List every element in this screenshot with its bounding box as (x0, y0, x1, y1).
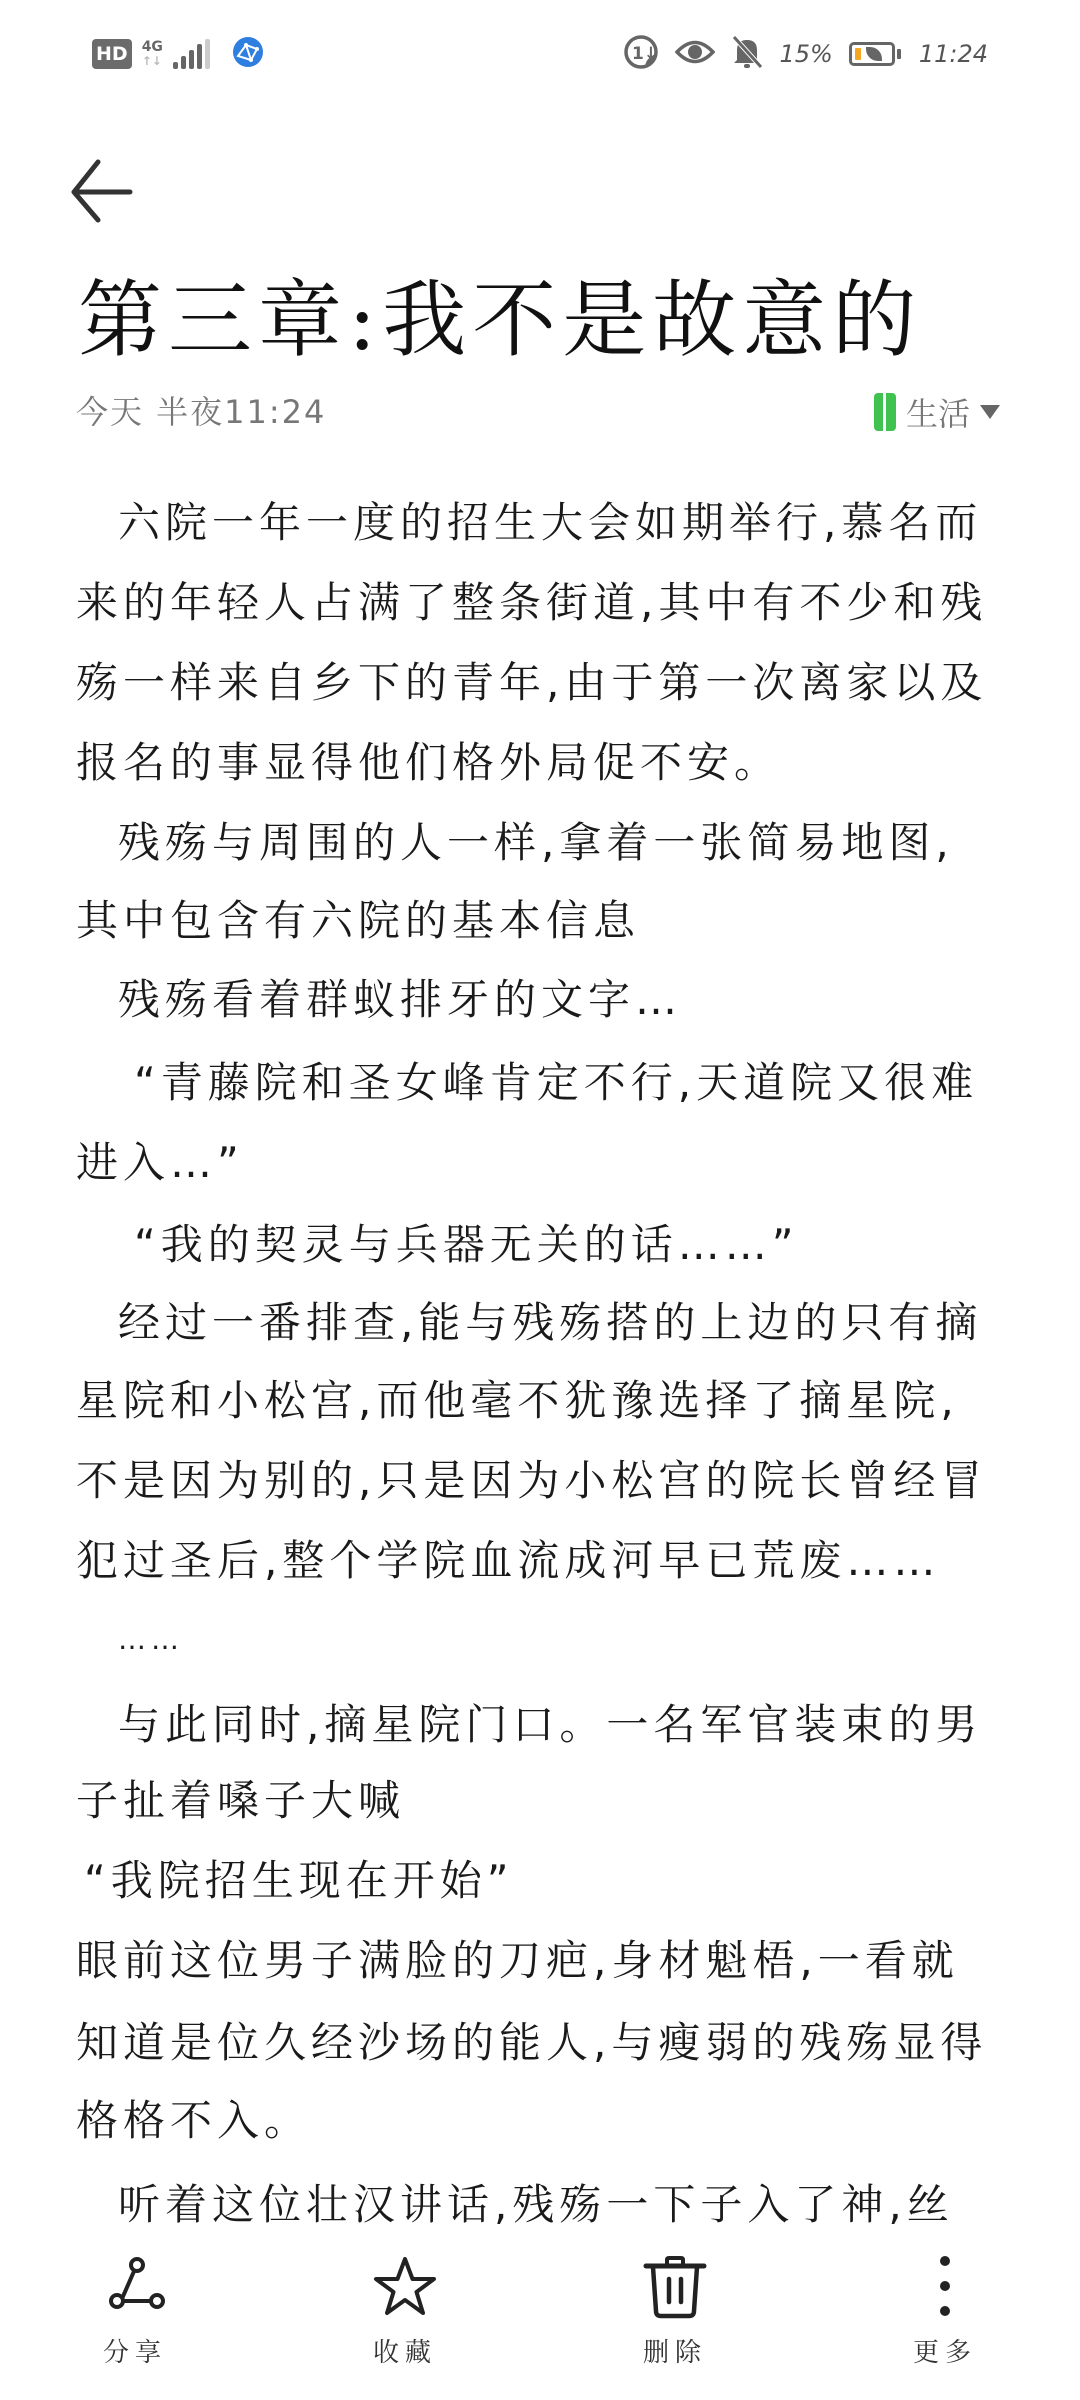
body-line: “我院招生现在开始” (84, 1853, 514, 1909)
notebook-icon (874, 393, 896, 431)
network-activity: ↑↓ (142, 54, 163, 68)
body-line: 残殇与周围的人一样,拿着一张简易地图, (118, 815, 954, 871)
battery-percent: 15% (779, 40, 832, 68)
network-type: 4G ↑↓ (142, 40, 163, 68)
bottom-toolbar: 分享 收藏 删除 更多 (0, 2230, 1080, 2400)
body-line: 残殇看着群蚁排牙的文字… (118, 972, 682, 1028)
share-button[interactable]: 分享 (35, 2230, 235, 2400)
eco-mode-icon: 1↓ (623, 34, 659, 74)
body-line: 知道是位久经沙场的能人,与瘦弱的残殇显得 (76, 2015, 987, 2071)
hd-icon: HD (92, 39, 132, 69)
body-line: 听着这位壮汉讲话,残殇一下子入了神,丝 (118, 2177, 954, 2233)
network-label: 4G (142, 40, 163, 54)
category-label: 生活 (906, 389, 970, 435)
clock: 11:24 (919, 40, 988, 68)
share-icon (100, 2252, 170, 2322)
back-button[interactable] (66, 156, 146, 226)
note-date: 今天 半夜11:24 (76, 392, 326, 432)
body-line: 殇一样来自乡下的青年,由于第一次离家以及 (76, 655, 987, 711)
body-line: 不是因为别的,只是因为小松宫的院长曾经冒 (76, 1453, 987, 1509)
body-line: 报名的事显得他们格外局促不安。 (76, 735, 781, 791)
body-line: 进入…” (76, 1135, 244, 1191)
delete-button[interactable]: 删除 (575, 2230, 775, 2400)
status-bar-left: HD 4G ↑↓ (92, 36, 264, 72)
body-line: 六院一年一度的招生大会如期举行,慕名而 (118, 495, 982, 551)
arrow-left-icon (66, 156, 136, 226)
body-line: 与此同时,摘星院门口。一名军官装束的男 (118, 1697, 982, 1753)
body-line: 星院和小松宫,而他毫不犹豫选择了摘星院, (76, 1373, 959, 1429)
caret-down-icon (980, 405, 1000, 419)
delete-label: 删除 (643, 2332, 707, 2369)
category-selector[interactable]: 生活 (874, 390, 1000, 434)
body-line: 其中包含有六院的基本信息 (76, 893, 640, 949)
favorite-label: 收藏 (373, 2332, 437, 2369)
body-line: “我的契灵与兵器无关的话……” (134, 1217, 799, 1273)
body-line: 眼前这位男子满脸的刀疤,身材魁梧,一看就 (76, 1933, 959, 1989)
body-line: …… (118, 1612, 184, 1668)
eye-comfort-icon (675, 37, 715, 71)
more-vertical-icon (910, 2252, 980, 2322)
signal-icon (173, 39, 210, 69)
status-bar: HD 4G ↑↓ 1↓ (0, 0, 1080, 110)
more-button[interactable]: 更多 (845, 2230, 1045, 2400)
body-line: “青藤院和圣女峰肯定不行,天道院又很难 (134, 1055, 978, 1111)
bell-muted-icon (731, 34, 763, 74)
status-bar-right: 1↓ 15% 11:24 (623, 36, 988, 72)
battery-saver-icon (849, 42, 895, 66)
more-label: 更多 (913, 2332, 977, 2369)
star-icon (370, 2252, 440, 2322)
body-line: 来的年轻人占满了整条街道,其中有不少和残 (76, 575, 987, 631)
body-line: 犯过圣后,整个学院血流成河早已荒废…… (76, 1533, 940, 1589)
trash-icon (640, 2252, 710, 2322)
body-line: 子扯着嗓子大喊 (76, 1773, 405, 1829)
body-line: 经过一番排查,能与残殇搭的上边的只有摘 (118, 1295, 982, 1351)
favorite-button[interactable]: 收藏 (305, 2230, 505, 2400)
browser-globe-icon (232, 36, 264, 72)
body-line: 格格不入。 (76, 2093, 311, 2149)
share-label: 分享 (103, 2332, 167, 2369)
note-title: 第三章:我不是故意的 (78, 270, 922, 370)
